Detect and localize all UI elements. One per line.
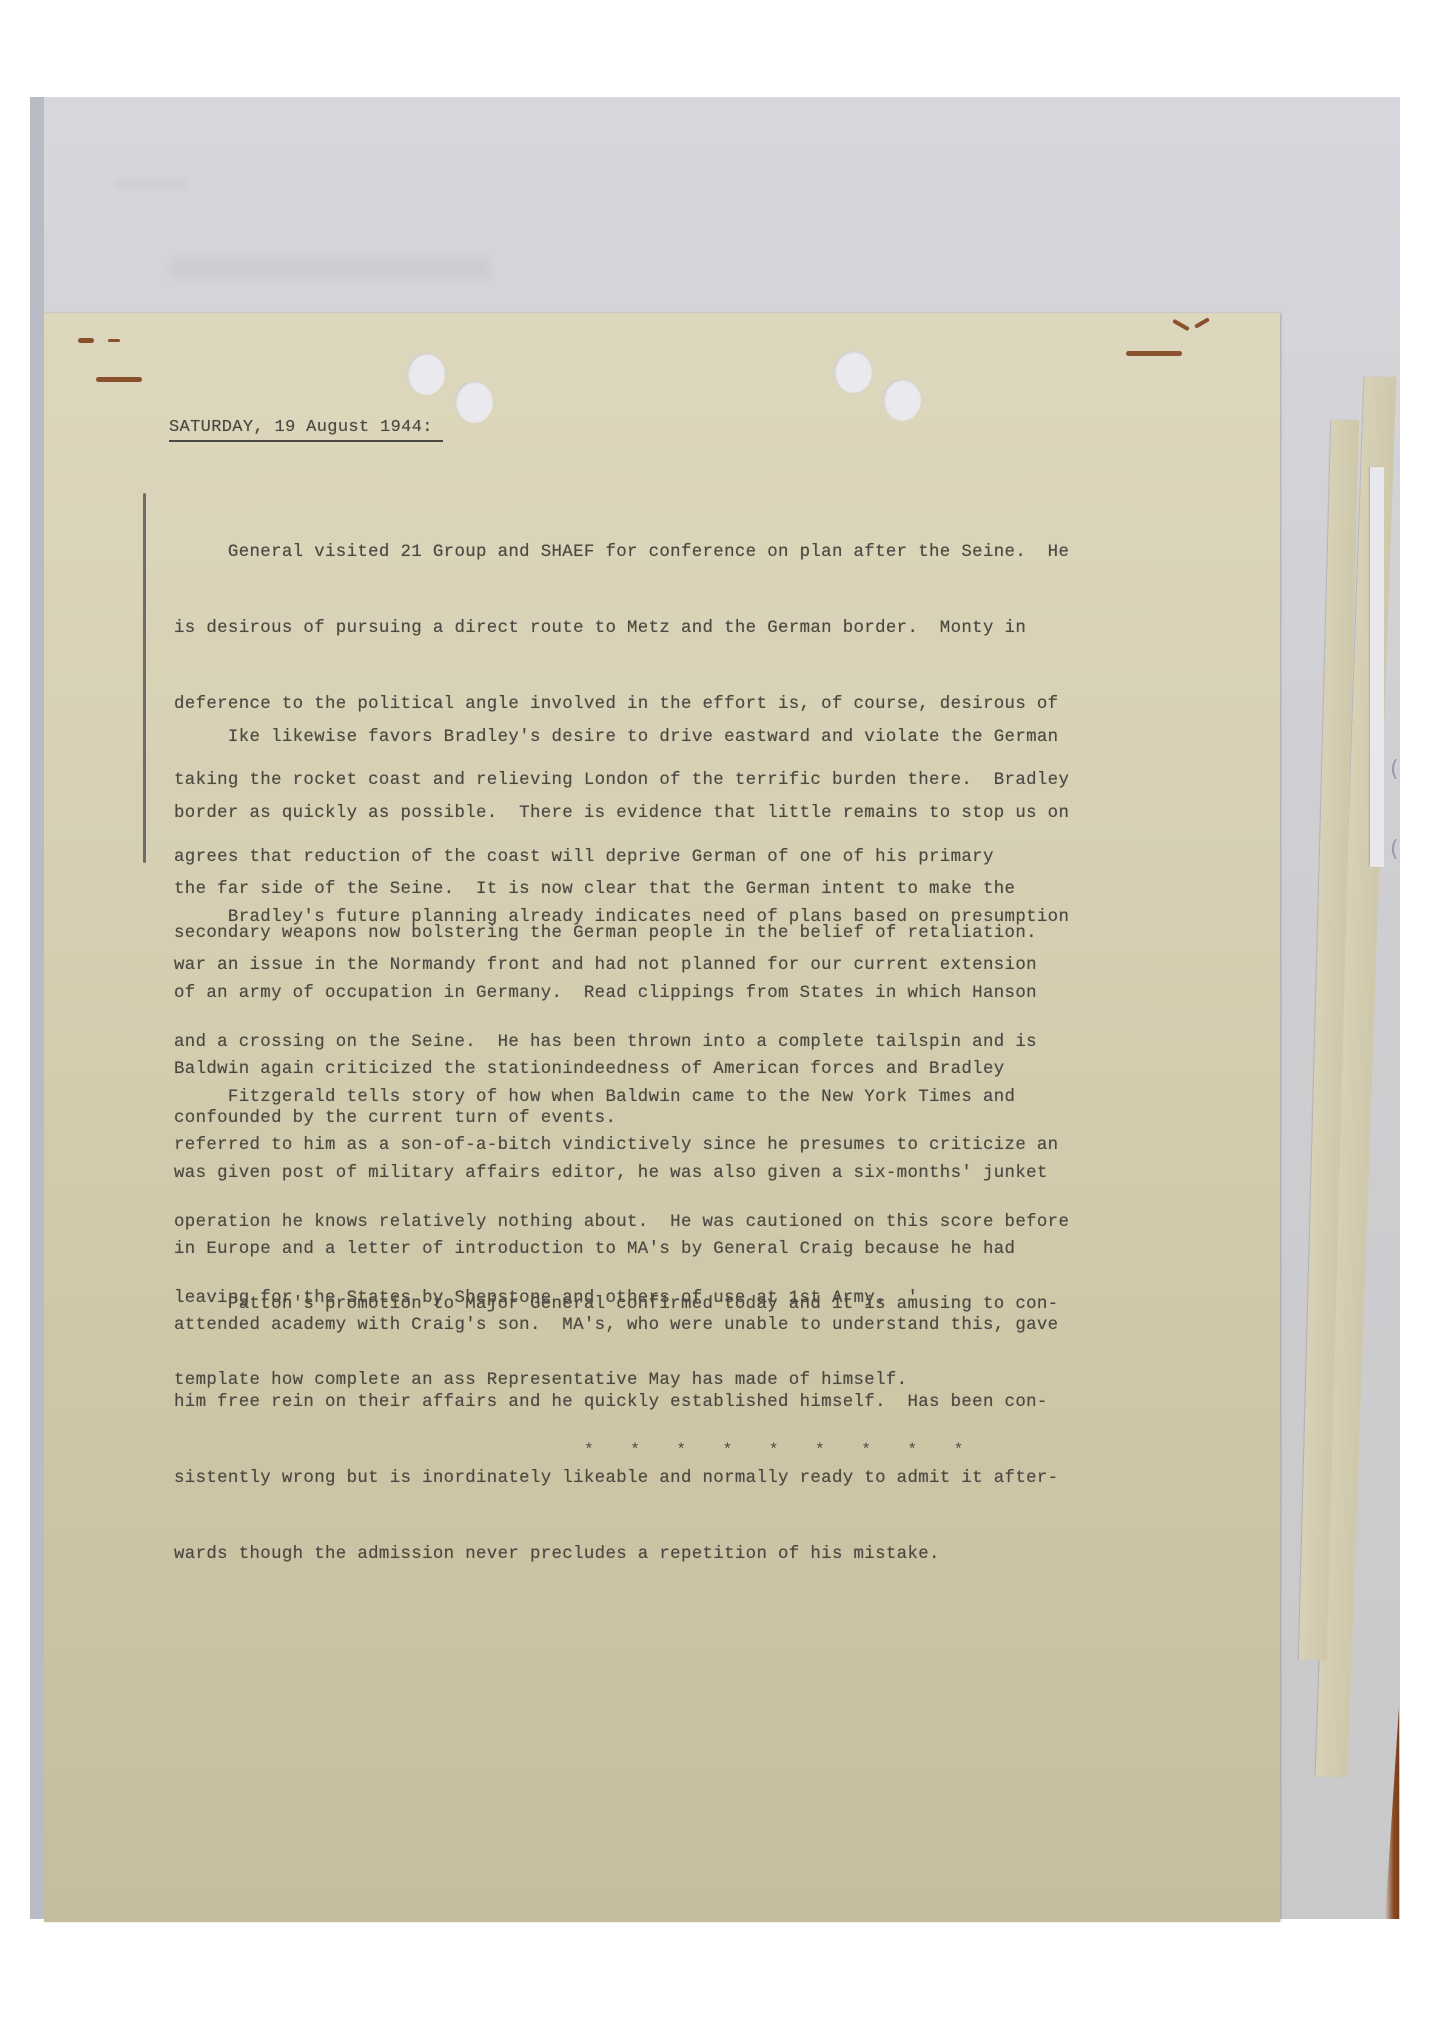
typewritten-page: SATURDAY, 19 August 1944: General visite… [44,313,1280,1922]
rust-mark [1172,319,1190,331]
punch-hole [883,379,921,421]
faded-backing-text [115,179,185,189]
text-line: Patton's promotion to Major General conf… [174,1292,1058,1317]
punch-hole [834,351,872,393]
underlying-page-edge [1370,467,1384,867]
text-line: of an army of occupation in Germany. Rea… [174,981,1069,1006]
text-line: template how complete an ass Representat… [174,1368,1058,1393]
faded-backing-text [170,257,490,279]
text-line: Bradley's future planning already indica… [174,905,1069,930]
punch-hole [407,353,445,395]
pencil-mark: ( [1390,757,1399,782]
rust-mark [1194,317,1210,328]
text-line: wards though the admission never preclud… [174,1542,1058,1567]
text-line: Ike likewise favors Bradley's desire to … [174,725,1069,750]
date-heading: SATURDAY, 19 August 1944: [169,418,443,442]
text-line: Fitzgerald tells story of how when Baldw… [174,1085,1058,1110]
text-line: was given post of military affairs edito… [174,1161,1058,1186]
section-separator: * * * * * * * * * [584,1441,977,1459]
pencil-mark: ( [1390,837,1399,862]
margin-marker-line [143,493,146,863]
rust-mark [96,377,142,382]
punch-hole [455,381,493,423]
rust-mark [108,339,120,342]
rust-mark [78,338,94,343]
scan-edge-strip [30,97,44,1919]
text-line: is desirous of pursuing a direct route t… [174,616,1069,641]
text-line: sistently wrong but is inordinately like… [174,1466,1058,1491]
text-line: General visited 21 Group and SHAEF for c… [174,540,1069,565]
text-line: border as quickly as possible. There is … [174,801,1069,826]
rust-mark [1126,351,1182,356]
paragraph-5: Patton's promotion to Major General conf… [174,1241,1058,1444]
folder-edge [1385,1707,1399,1919]
